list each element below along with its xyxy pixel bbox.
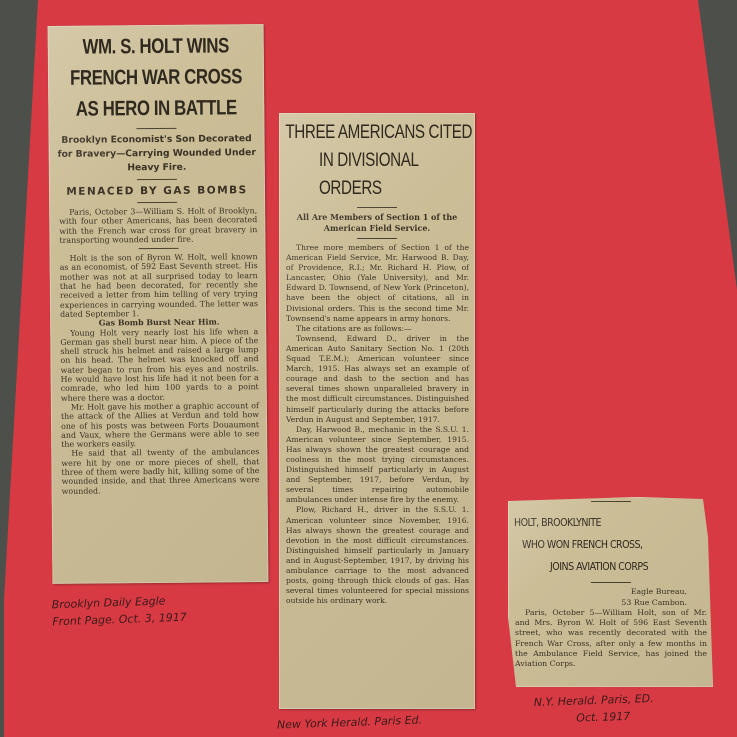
lead-paragraph: Paris, October 3—William S. Holt of Broo…: [59, 206, 257, 245]
divider: [591, 582, 631, 583]
headline-line: JOINS AVIATION CORPS: [508, 556, 713, 578]
headline-line: WHO WON FRENCH CROSS,: [508, 534, 713, 556]
headline: THREE AMERICANS CITED IN DIVISIONAL ORDE…: [279, 119, 475, 203]
paragraph: The citations are as follows:—: [286, 324, 469, 334]
divider: [357, 238, 397, 239]
headline-line: THREE AMERICANS CITED: [285, 119, 475, 147]
handwritten-caption-3: N.Y. Herald. Paris, ED. Oct. 1917: [533, 690, 654, 728]
clipping-holt-joins-aviation-corps: HOLT, BROOKLYNITE WHO WON FRENCH CROSS, …: [508, 497, 713, 687]
headline-line: FRENCH WAR CROSS: [69, 61, 242, 94]
article-body: Paris, October 5—William Holt, son of Mr…: [508, 608, 713, 669]
headline: WM. S. HOLT WINS FRENCH WAR CROSS AS HER…: [69, 30, 243, 125]
paragraph: Holt is the son of Byron W. Holt, well k…: [60, 252, 259, 319]
headline-line: IN DIVISIONAL ORDERS: [285, 147, 475, 203]
divider: [136, 128, 176, 129]
headline-line: HOLT, BROOKLYNITE: [508, 512, 713, 534]
article-body: Paris, October 3—William S. Holt of Broo…: [49, 206, 268, 496]
divider: [357, 207, 397, 208]
deck: MENACED BY GAS BOMBS: [49, 183, 265, 199]
headline-line: AS HERO IN BATTLE: [70, 92, 243, 125]
paragraph: Young Holt very nearly lost his life whe…: [60, 327, 259, 403]
dateline: Eagle Bureau, 53 Rue Cambon.: [508, 587, 713, 608]
paragraph: Day, Harwood B., mechanic in the S.S.U. …: [286, 425, 469, 506]
handwritten-caption-1: Brooklyn Daily Eagle Front Page. Oct. 3,…: [51, 592, 187, 631]
paragraph: Three more members of Section 1 of the A…: [286, 243, 469, 324]
dateline-line: 53 Rue Cambon.: [515, 598, 687, 609]
clipping-holt-wins-war-cross: WM. S. HOLT WINS FRENCH WAR CROSS AS HER…: [48, 24, 269, 584]
paragraph: Mr. Holt gave his mother a graphic accou…: [61, 401, 259, 449]
dateline-line: Eagle Bureau,: [515, 587, 687, 598]
paragraph: Plow, Richard H., driver in the S.S.U. 1…: [286, 505, 469, 606]
divider: [137, 202, 177, 203]
divider: [137, 179, 177, 180]
subheadline: Brooklyn Economist's Son Decorated for B…: [49, 132, 265, 176]
clipping-three-americans-cited: THREE AMERICANS CITED IN DIVISIONAL ORDE…: [279, 113, 475, 709]
headline: HOLT, BROOKLYNITE WHO WON FRENCH CROSS, …: [508, 512, 713, 578]
paragraph: Townsend, Edward D., driver in the Ameri…: [286, 334, 469, 425]
divider: [139, 248, 179, 249]
headline-line: WM. S. HOLT WINS: [69, 30, 242, 63]
divider: [591, 501, 631, 502]
subheadline: All Are Members of Section 1 of the Amer…: [279, 212, 475, 234]
article-body: Three more members of Section 1 of the A…: [279, 243, 475, 606]
paragraph: Paris, October 5—William Holt, son of Mr…: [515, 608, 707, 669]
paragraph: He said that all twenty of the ambulance…: [61, 448, 259, 496]
